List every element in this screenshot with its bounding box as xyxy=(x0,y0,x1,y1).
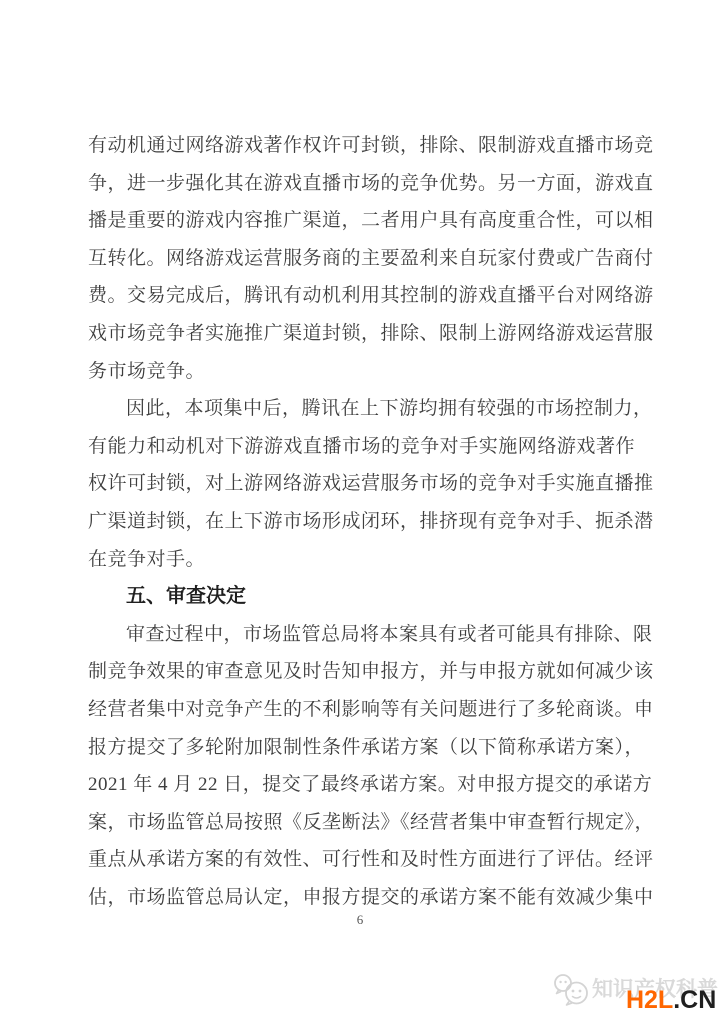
text-line: 权许可封锁，对上游网络游戏运营服务市场的竞争对手实施直播推 xyxy=(88,465,635,503)
text-line: 经营者集中对竞争产生的不利影响等有关问题进行了多轮商谈。申 xyxy=(88,691,635,729)
text-line: 广渠道封锁，在上下游市场形成闭环，排挤现有竞争对手、扼杀潜 xyxy=(88,503,635,541)
text-line: 因此，本项集中后，腾讯在上下游均拥有较强的市场控制力， xyxy=(88,390,635,428)
text-line: 互转化。网络游戏运营服务商的主要盈利来自玩家付费或广告商付 xyxy=(88,240,635,278)
text-line: 有能力和动机对下游游戏直播市场的竞争对手实施网络游戏著作 xyxy=(88,428,635,466)
watermark-logo-text: H2L.CN xyxy=(626,986,716,1015)
text-line: 有动机通过网络游戏著作权许可封锁，排除、限制游戏直播市场竞 xyxy=(88,127,635,165)
text-line: 播是重要的游戏内容推广渠道，二者用户具有高度重合性，可以相 xyxy=(88,202,635,240)
watermark-logo-suffix: .CN xyxy=(673,986,716,1014)
text-line: 案，市场监管总局按照《反垄断法》《经营者集中审查暂行规定》， xyxy=(88,804,635,842)
page-number: 6 xyxy=(0,912,720,928)
watermark-logo-highlight: H2L xyxy=(626,986,673,1014)
wechat-icon xyxy=(552,972,590,1008)
text-line: 审查过程中，市场监管总局将本案具有或者可能具有排除、限 xyxy=(88,616,635,654)
document-body: 有动机通过网络游戏著作权许可封锁，排除、限制游戏直播市场竞争，进一步强化其在游戏… xyxy=(88,127,635,916)
text-line: 重点从承诺方案的有效性、可行性和及时性方面进行了评估。经评 xyxy=(88,841,635,879)
text-line: 制竞争效果的审查意见及时告知申报方，并与申报方就如何减少该 xyxy=(88,653,635,691)
text-line: 估，市场监管总局认定，申报方提交的承诺方案不能有效减少集中 xyxy=(88,879,635,917)
watermark: 知识产权科普 H2L.CN xyxy=(552,966,720,1018)
document-page: 有动机通过网络游戏著作权许可封锁，排除、限制游戏直播市场竞争，进一步强化其在游戏… xyxy=(0,0,720,1018)
text-line: 务市场竞争。 xyxy=(88,353,635,391)
text-line: 争，进一步强化其在游戏直播市场的竞争优势。另一方面，游戏直 xyxy=(88,165,635,203)
text-line: 戏市场竞争者实施推广渠道封锁，排除、限制上游网络游戏运营服 xyxy=(88,315,635,353)
text-line: 2021 年 4 月 22 日，提交了最终承诺方案。对申报方提交的承诺方 xyxy=(88,766,635,804)
text-line: 报方提交了多轮附加限制性条件承诺方案（以下简称承诺方案）， xyxy=(88,729,635,767)
text-line: 在竞争对手。 xyxy=(88,541,635,579)
text-line: 费。交易完成后，腾讯有动机利用其控制的游戏直播平台对网络游 xyxy=(88,277,635,315)
section-heading: 五、审查决定 xyxy=(88,578,635,616)
